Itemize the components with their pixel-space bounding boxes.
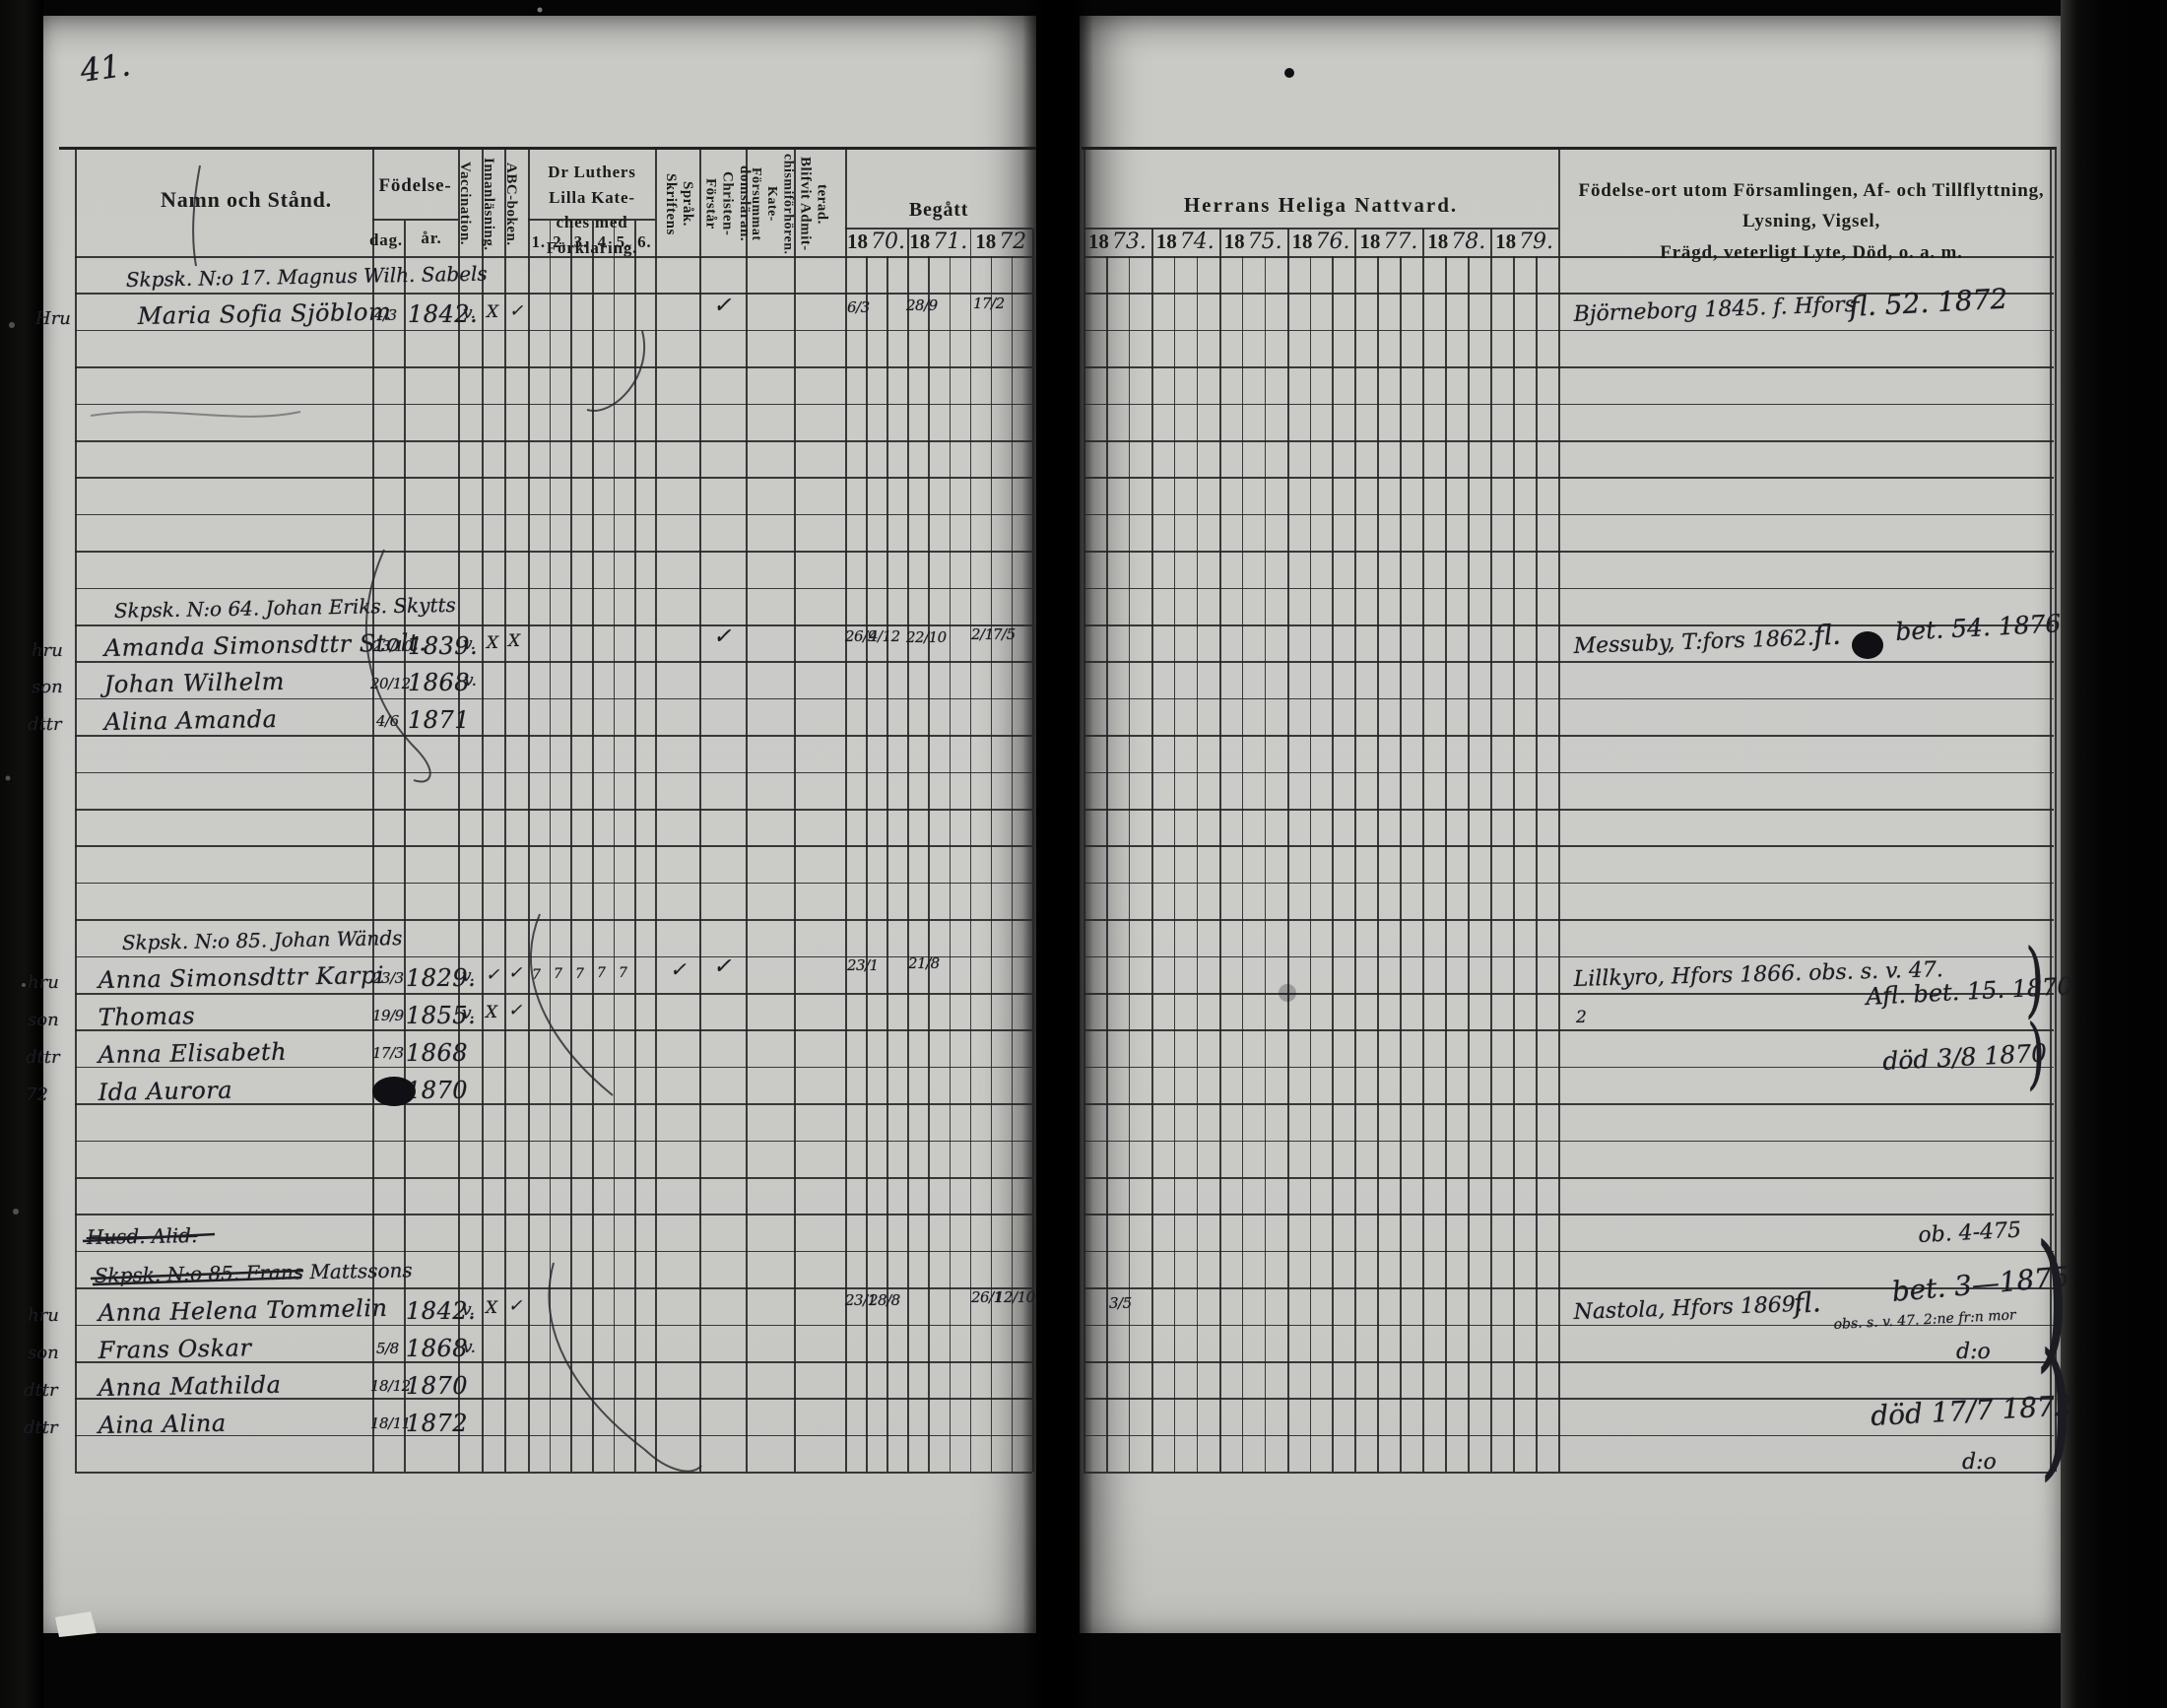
rule-line (1310, 256, 1312, 1472)
communion-date: 12/10 (995, 1290, 1035, 1305)
year-printed-prefix: 18 (1224, 230, 1245, 254)
rule-line (75, 1214, 1032, 1215)
margin-relation: dttr (26, 1049, 60, 1067)
rule-line (1422, 229, 1424, 1472)
rule-line (928, 256, 930, 1472)
birth-year: 1871 (408, 708, 470, 732)
col-header-neglected: Försummat Kate- chismiförhören. (748, 152, 793, 256)
rule-line (794, 150, 796, 1472)
rule-line (75, 845, 1032, 847)
handwritten-entry: ✓ (508, 965, 522, 982)
rule-line (1083, 1103, 2054, 1105)
rule-line (1490, 229, 1492, 1472)
year-handwritten-suffix: 74. (1180, 230, 1215, 254)
rule-line (1083, 1177, 2054, 1179)
year-header: 1871. (907, 230, 969, 256)
handwritten-entry: 7 (597, 966, 606, 980)
col-header-reading: Innanläsning. (480, 154, 504, 254)
rule-line (1106, 256, 1108, 1472)
communion-date: 3/5 (1109, 1296, 1132, 1311)
col-header-communion-right: Herrans Heliga Nattvard. (1083, 193, 1558, 218)
rule-line (75, 293, 1032, 295)
handwritten-entry: ✓ (508, 1298, 522, 1315)
year-header: 1874. (1151, 230, 1219, 256)
person-name: Anna Mathilda (98, 1373, 282, 1400)
rule-line (1174, 256, 1176, 1472)
handwritten-entry: ✓ (486, 967, 499, 984)
rule-line (75, 551, 1032, 553)
rule-line (1083, 330, 2054, 332)
rule-line (1083, 551, 2054, 553)
rule-line (75, 150, 77, 1472)
communion-date: 28/8 (869, 1293, 900, 1308)
rule-line (1129, 256, 1131, 1472)
rule-line (950, 256, 952, 1472)
year-header: 1873. (1083, 230, 1151, 256)
year-header: 1872 (970, 230, 1032, 256)
rule-line (1083, 956, 2054, 958)
understands-line1: Förstår Christen- (701, 152, 736, 256)
birth-day: 23/3 (372, 971, 404, 986)
rule-line (75, 1141, 1032, 1143)
year-handwritten-suffix: 77. (1383, 230, 1417, 254)
birth-day: 23/10 (372, 639, 413, 654)
rule-line (1219, 229, 1221, 1472)
birth-day: 18/12 (370, 1379, 411, 1394)
year-header: 1879. (1490, 230, 1558, 256)
remarks-line2: Frägd, veterligt Lyte, Död, o. a. m. (1568, 237, 2055, 268)
rule-line (1287, 229, 1289, 1472)
remark: d:o (1956, 1342, 1991, 1363)
rule-line (404, 221, 406, 1472)
handwritten-entry: 2 (1576, 1010, 1587, 1026)
year-handwritten-suffix: 72 (999, 230, 1026, 254)
col-header-communion-left: Begått (845, 199, 1032, 222)
rule-line (75, 440, 1032, 442)
year-printed-prefix: 18 (1156, 230, 1177, 254)
birth-day: 4/6 (376, 714, 399, 729)
rule-line (75, 809, 1032, 811)
year-printed-prefix: 18 (1495, 230, 1516, 254)
communion-date: 22/10 (906, 630, 947, 645)
rule-line (1468, 256, 1470, 1472)
rule-line (75, 698, 1032, 700)
col-header-birth-year: år. (406, 229, 457, 248)
rule-line (1083, 477, 2054, 479)
book-left-edge (0, 0, 43, 1708)
rule-line (634, 221, 636, 1472)
birth-day: 18/11 (370, 1416, 411, 1431)
margin-relation: dttr (24, 1382, 58, 1400)
year-handwritten-suffix: 73. (1112, 230, 1147, 254)
rule-line (1083, 150, 1085, 1472)
handwritten-entry: v. (463, 636, 476, 653)
year-printed-prefix: 18 (1427, 230, 1448, 254)
year-printed-prefix: 18 (847, 230, 868, 254)
year-printed-prefix: 18 (1291, 230, 1312, 254)
family-header: Skpsk. N:o 85. Frans Mattssons (95, 1260, 413, 1285)
rule-line (1400, 256, 1402, 1472)
year-printed-prefix: 18 (1359, 230, 1380, 254)
year-handwritten-suffix: 79. (1519, 230, 1553, 254)
handwritten-entry: X (487, 304, 498, 321)
rule-line (75, 624, 1032, 626)
rule-line (75, 588, 1032, 590)
rule-line (1354, 229, 1356, 1472)
handwritten-entry: X (486, 1300, 497, 1317)
rule-line (570, 221, 572, 1472)
rule-line (1558, 150, 1560, 1472)
rule-line (886, 256, 888, 1472)
col-header-vaccination: Vaccination. (456, 154, 482, 254)
remark: fl. (1793, 1288, 1821, 1318)
rule-line (1151, 229, 1153, 1472)
rule-line (1445, 256, 1447, 1472)
rule-line (482, 150, 484, 1472)
handwritten-entry: 7 (554, 967, 562, 981)
catechism-col-number: 1. (528, 232, 550, 252)
rule-line (458, 150, 460, 1472)
birth-year: 1872 (406, 1412, 468, 1435)
handwritten-entry: ✓ (670, 959, 687, 979)
handwritten-entry: v. (463, 1340, 476, 1356)
family-header: Skpsk. N:o 17. Magnus Wilh. Sabels (126, 264, 488, 290)
rule-line (75, 1287, 1032, 1289)
col-header-birth-day: dag. (364, 230, 408, 250)
birth-year: 1868 (406, 1041, 468, 1065)
rule-line (75, 366, 1032, 368)
handwritten-entry: v. (462, 968, 475, 985)
person-name: Ida Aurora (98, 1079, 233, 1104)
rule-line (1083, 919, 2054, 921)
rule-line (75, 661, 1032, 663)
rule-line (75, 1472, 1032, 1474)
rule-line (75, 883, 1032, 885)
rule-line (1536, 256, 1538, 1472)
birth-day: 20/12 (370, 677, 411, 691)
handwritten-entry: 7 (532, 968, 541, 982)
col-header-remarks: Födelse-ort utom Församlingen, Af- och T… (1568, 175, 2055, 268)
rule-line (75, 772, 1032, 774)
person-name: Frans Oskar (98, 1336, 252, 1362)
communion-date: 7/5 (993, 627, 1016, 642)
rule-line (75, 1251, 1032, 1253)
col-header-admitted: Blifvit Admit- terad. (796, 152, 844, 256)
rule-line (1083, 1141, 2054, 1143)
rule-line (1083, 1029, 2054, 1031)
rule-line (592, 221, 594, 1472)
catechism-col-number: 2. (550, 232, 571, 252)
rule-line (1083, 514, 2054, 516)
year-header: 1878. (1422, 230, 1490, 256)
person-name: Thomas (98, 1004, 196, 1029)
handwritten-entry: ✓ (509, 303, 523, 320)
page-number: 41. (79, 48, 133, 87)
rule-line (75, 919, 1032, 921)
communion-date: 4/12 (869, 629, 900, 644)
rule-line (1083, 1251, 2054, 1253)
rule-line (1083, 772, 2054, 774)
person-name: Aina Alina (98, 1412, 227, 1437)
year-printed-prefix: 18 (1088, 230, 1109, 254)
rule-line (75, 330, 1032, 332)
rule-line (75, 993, 1032, 995)
rule-line (1083, 1435, 2054, 1437)
rule-line (699, 150, 701, 1472)
rule-line (75, 477, 1032, 479)
rule-line (1242, 256, 1244, 1472)
birth-day: 17/3 (372, 1046, 404, 1061)
col-header-abc-book: ABC-boken. (502, 154, 528, 254)
rule-line (1082, 147, 2057, 150)
handwritten-entry: X (508, 633, 520, 650)
rule-line (1083, 845, 2054, 847)
communion-date: 21/8 (908, 956, 940, 971)
rule-line (1377, 256, 1379, 1472)
communion-date: 2/1 (971, 627, 994, 642)
handwritten-entry: ✓ (713, 296, 731, 317)
year-header: 1875. (1219, 230, 1287, 256)
handwritten-entry: ✓ (508, 1003, 522, 1019)
communion-date: 6/3 (847, 300, 870, 315)
rule-line (550, 221, 552, 1472)
rule-line (655, 150, 657, 1472)
rule-line (1032, 229, 1034, 1472)
year-handwritten-suffix: 75. (1248, 230, 1282, 254)
handwritten-entry: ✓ (713, 626, 731, 648)
rule-line (1083, 404, 2054, 406)
parish-register-scan: Namn och Stånd. Födelse- dag. år. Vaccin… (0, 0, 2167, 1708)
year-header: 1876. (1287, 230, 1355, 256)
col-header-birth: Födelse- (368, 175, 462, 197)
handwritten-entry: 7 (619, 966, 627, 980)
person-name: Johan Wilhelm (104, 670, 286, 696)
rule-line (75, 1067, 1032, 1069)
person-name: Maria Sofia Sjöblom (138, 300, 392, 328)
rule-line (614, 221, 616, 1472)
margin-relation: hru (32, 642, 63, 660)
handwritten-entry: 7 (575, 967, 584, 981)
rule-line (1083, 698, 2054, 700)
rule-line (75, 956, 1032, 958)
rule-line (1197, 256, 1199, 1472)
margin-relation: son (32, 679, 63, 696)
handwritten-entry: v. (462, 1006, 475, 1022)
year-handwritten-suffix: 70. (871, 230, 905, 254)
birth-day: 5/8 (376, 1342, 399, 1356)
brace-mark: ) (2027, 1015, 2045, 1091)
handwritten-entry: ✓ (713, 956, 731, 978)
rule-line (746, 150, 748, 1472)
handwritten-entry: v. (462, 1302, 475, 1319)
rule-line (504, 150, 506, 1472)
admitted-line1: Blifvit Admit- (796, 152, 813, 256)
year-handwritten-suffix: 78. (1451, 230, 1485, 254)
neglected-line1: Försummat Kate- (748, 152, 779, 256)
rule-line (1083, 661, 2054, 663)
book-right-edge (2061, 0, 2167, 1708)
person-name: Anna Simonsdttr Karpi (98, 963, 385, 992)
rule-line (866, 256, 868, 1472)
catechism-col-number: 5. (613, 232, 634, 252)
rule-line (59, 147, 1036, 150)
rule-line (1265, 256, 1267, 1472)
catechism-line1: Dr Luthers Lilla Kate- (530, 160, 654, 210)
margin-relation: dttr (24, 1419, 58, 1437)
person-name: Anna Helena Tommelin (98, 1296, 388, 1325)
person-name: Anna Elisabeth (98, 1040, 288, 1067)
communion-date: 23/1 (847, 958, 879, 973)
remark: ob. 4-475 (1918, 1220, 2022, 1247)
rule-line (1332, 256, 1334, 1472)
birth-year: 1868 (408, 671, 470, 694)
rule-line (1083, 440, 2054, 442)
margin-relation: son (28, 1345, 59, 1362)
year-header: 1877. (1354, 230, 1422, 256)
rule-line (1083, 809, 2054, 811)
col-header-name: Namn och Stånd. (108, 187, 384, 213)
rule-line (1083, 735, 2054, 737)
rule-line (1083, 1361, 2054, 1363)
handwritten-entry: v. (463, 305, 476, 322)
margin-relation: hru (28, 1307, 59, 1325)
year-handwritten-suffix: 76. (1315, 230, 1349, 254)
birth-year: 1870 (406, 1374, 468, 1398)
communion-date: 28/9 (906, 298, 938, 313)
margin-relation: son (28, 1012, 59, 1029)
year-header: 1870. (845, 230, 907, 256)
neglected-line2: chismiförhören. (779, 152, 795, 256)
col-header-understands: Förstår Christen- domsläran. (701, 152, 745, 256)
family-header: Skpsk. N:o 85. Johan Wänds (122, 928, 403, 953)
year-handwritten-suffix: 71. (933, 230, 967, 254)
birth-year: 1870 (406, 1079, 468, 1102)
rule-line (970, 229, 972, 1472)
struck-text: Husd. Alid. (87, 1225, 198, 1247)
rule-line (1083, 883, 2054, 885)
rule-line (1513, 256, 1515, 1472)
rule-line (75, 514, 1032, 516)
rule-line (1083, 1472, 2054, 1474)
rule-line (75, 1029, 1032, 1031)
remark: d:o (1962, 1452, 1997, 1474)
rule-line (1083, 588, 2054, 590)
rule-line (75, 404, 1032, 406)
brace-mark: ) (2039, 1335, 2073, 1483)
catechism-col-number: 6. (634, 232, 656, 252)
rule-line (907, 229, 909, 1472)
year-printed-prefix: 18 (975, 230, 996, 254)
birth-year: 1868 (406, 1337, 468, 1360)
remark: fl. 52. 1872 (1849, 286, 2008, 321)
rule-line (1083, 366, 2054, 368)
margin-relation: 72 (26, 1086, 48, 1104)
rule-line (75, 1177, 1032, 1179)
rule-line (372, 219, 458, 221)
birth-day: 4/3 (374, 308, 397, 323)
remarks-line1: Födelse-ort utom Församlingen, Af- och T… (1568, 175, 2055, 237)
catechism-col-number: 3. (570, 232, 592, 252)
remark: fl. (1813, 622, 1842, 650)
birth-day: 19/9 (372, 1009, 404, 1023)
family-header: Skpsk. N:o 64. Johan Eriks. Skytts (114, 595, 456, 621)
communion-date: 17/2 (973, 296, 1005, 311)
rule-line (1083, 1214, 2054, 1215)
margin-relation: Hru (35, 310, 71, 328)
margin-relation: dttr (28, 716, 62, 734)
handwritten-entry: X (487, 635, 498, 652)
handwritten-entry: v. (464, 673, 477, 690)
admitted-line2: terad. (813, 152, 829, 256)
catechism-col-number: 4 (592, 232, 614, 252)
col-header-scripture: Skriftens Språk. (662, 152, 691, 256)
rule-line (75, 735, 1032, 737)
person-name: Alina Amanda (104, 707, 278, 734)
rule-line (528, 150, 530, 1472)
year-printed-prefix: 18 (909, 230, 930, 254)
margin-relation: hru (28, 974, 59, 992)
birth-day: 4/8 (374, 1084, 397, 1098)
handwritten-entry: X (486, 1005, 497, 1021)
rule-line (845, 150, 847, 1472)
